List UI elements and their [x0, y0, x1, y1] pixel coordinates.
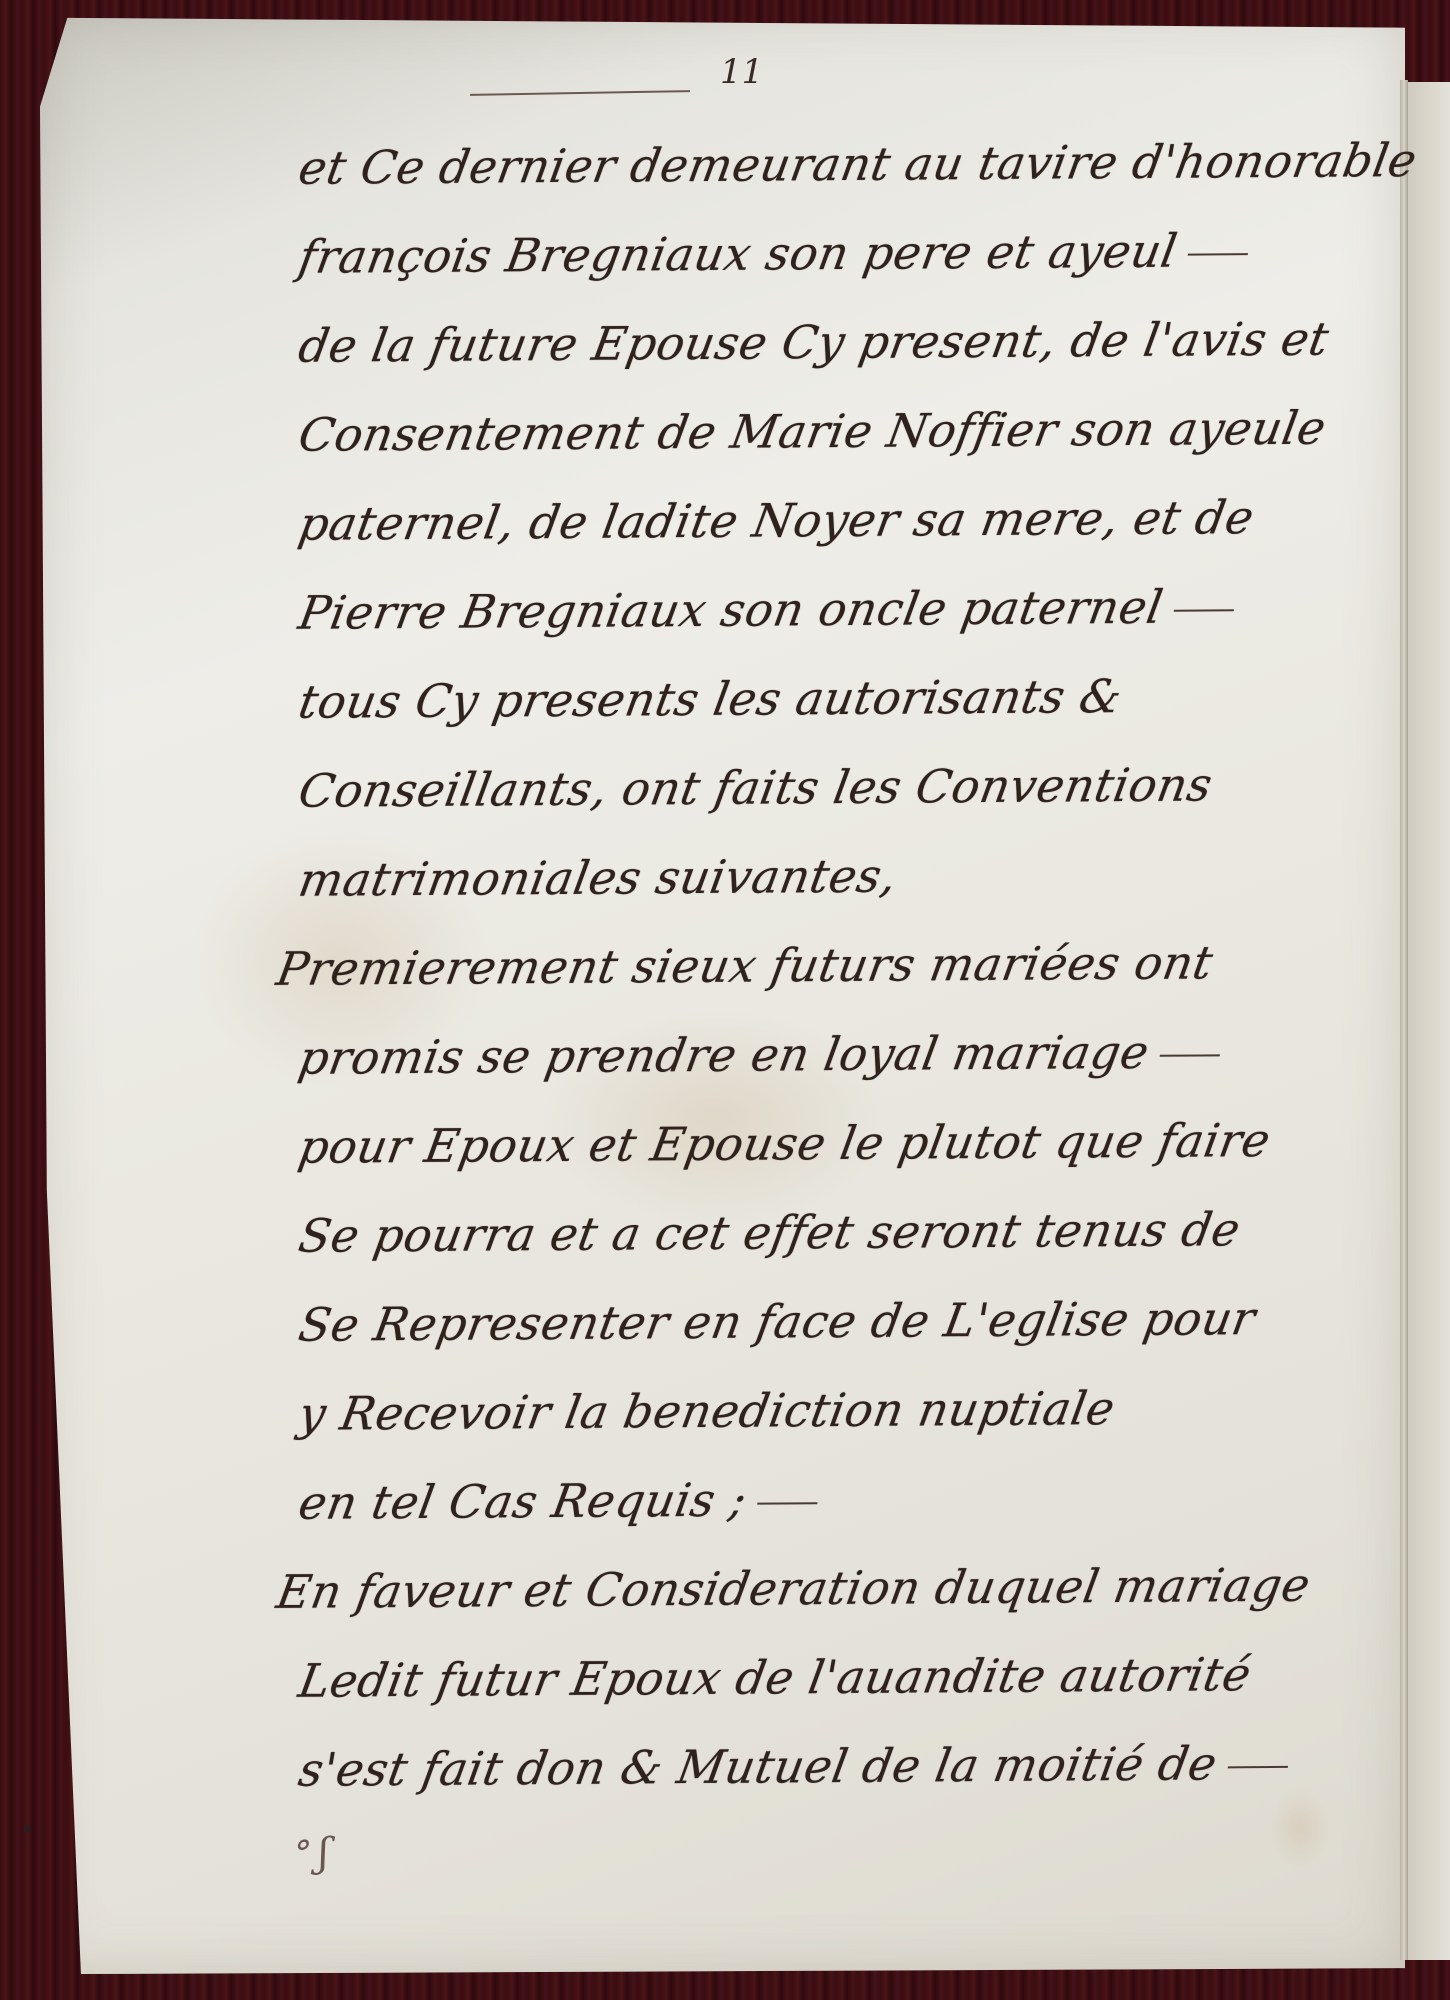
line-text: Se Representer en face de L'eglise pour	[295, 1291, 1260, 1352]
manuscript-line: Ledit futur Epoux de l'auandite autorité	[292, 1629, 1398, 1726]
line-filler-dash	[1160, 1054, 1220, 1056]
line-text: Pierre Bregniaux son oncle paternel	[295, 580, 1167, 640]
line-text: promis se prendre en loyal mariage	[295, 1025, 1153, 1085]
line-text: paternel, de ladite Noyer sa mere, et de	[295, 490, 1258, 551]
manuscript-line: Conseillants, ont faits les Conventions	[292, 739, 1398, 836]
line-text: Ledit futur Epoux de l'auandite autorité	[295, 1647, 1255, 1708]
line-text: s'est fait don & Mutuel de la moitié de	[295, 1736, 1221, 1796]
manuscript-line: y Recevoir la benediction nuptiale	[292, 1362, 1398, 1459]
manuscript-line: pour Epoux et Epouse le plutot que faire	[292, 1095, 1398, 1192]
manuscript-line: et Ce dernier demeurant au tavire d'hono…	[292, 116, 1398, 213]
manuscript-line: en tel Cas Requis ;	[292, 1451, 1398, 1548]
manuscript-line: En faveur et Consideration duquel mariag…	[270, 1540, 1398, 1637]
line-filler-dash	[1188, 253, 1248, 255]
manuscript-line: Se Representer en face de L'eglise pour	[292, 1273, 1398, 1370]
manuscript-line: Se pourra et a cet effet seront tenus de	[292, 1184, 1398, 1281]
manuscript-text: et Ce dernier demeurant au tavire d'hono…	[300, 120, 1390, 1811]
line-text: Se pourra et a cet effet seront tenus de	[295, 1202, 1245, 1263]
manuscript-line: françois Bregniaux son pere et ayeul	[292, 205, 1398, 302]
line-text: y Recevoir la benediction nuptiale	[295, 1381, 1119, 1441]
manuscript-line: de la future Epouse Cy present, de l'avi…	[292, 294, 1398, 391]
manuscript-line: tous Cy presents les autorisants &	[292, 650, 1398, 747]
line-text: tous Cy presents les autorisants &	[295, 669, 1126, 729]
line-text: Premierement sieux futurs mariées ont	[273, 935, 1217, 996]
manuscript-line: Pierre Bregniaux son oncle paternel	[292, 561, 1398, 658]
manuscript-line: Premierement sieux futurs mariées ont	[270, 917, 1398, 1014]
ink-marginalia: ᐤ ʃ	[290, 1830, 329, 1876]
line-text: pour Epoux et Epouse le plutot que faire	[295, 1113, 1275, 1174]
manuscript-line: s'est fait don & Mutuel de la moitié de	[292, 1718, 1398, 1815]
manuscript-line: promis se prendre en loyal mariage	[292, 1006, 1398, 1103]
book-spine	[1400, 80, 1408, 1960]
line-text: et Ce dernier demeurant au tavire d'hono…	[295, 133, 1421, 195]
line-filler-dash	[1228, 1766, 1288, 1768]
manuscript-line: Consentement de Marie Noffier son ayeule	[292, 383, 1398, 480]
folio-number: 11	[720, 52, 763, 92]
line-text: matrimoniales suivantes,	[295, 849, 901, 907]
line-filler-dash	[757, 1502, 817, 1504]
line-text: françois Bregniaux son pere et ayeul	[295, 224, 1181, 284]
line-text: Consentement de Marie Noffier son ayeule	[295, 401, 1330, 462]
line-text: de la future Epouse Cy present, de l'avi…	[295, 312, 1333, 373]
line-text: En faveur et Consideration duquel mariag…	[273, 1558, 1315, 1619]
line-text: en tel Cas Requis ;	[295, 1473, 751, 1530]
line-text: Conseillants, ont faits les Conventions	[295, 757, 1217, 817]
manuscript-line: matrimoniales suivantes,	[292, 828, 1398, 925]
manuscript-line: paternel, de ladite Noyer sa mere, et de	[292, 472, 1398, 569]
ink-dot	[24, 1826, 30, 1832]
facing-page-edge	[1408, 82, 1450, 1960]
line-filler-dash	[1174, 609, 1234, 611]
